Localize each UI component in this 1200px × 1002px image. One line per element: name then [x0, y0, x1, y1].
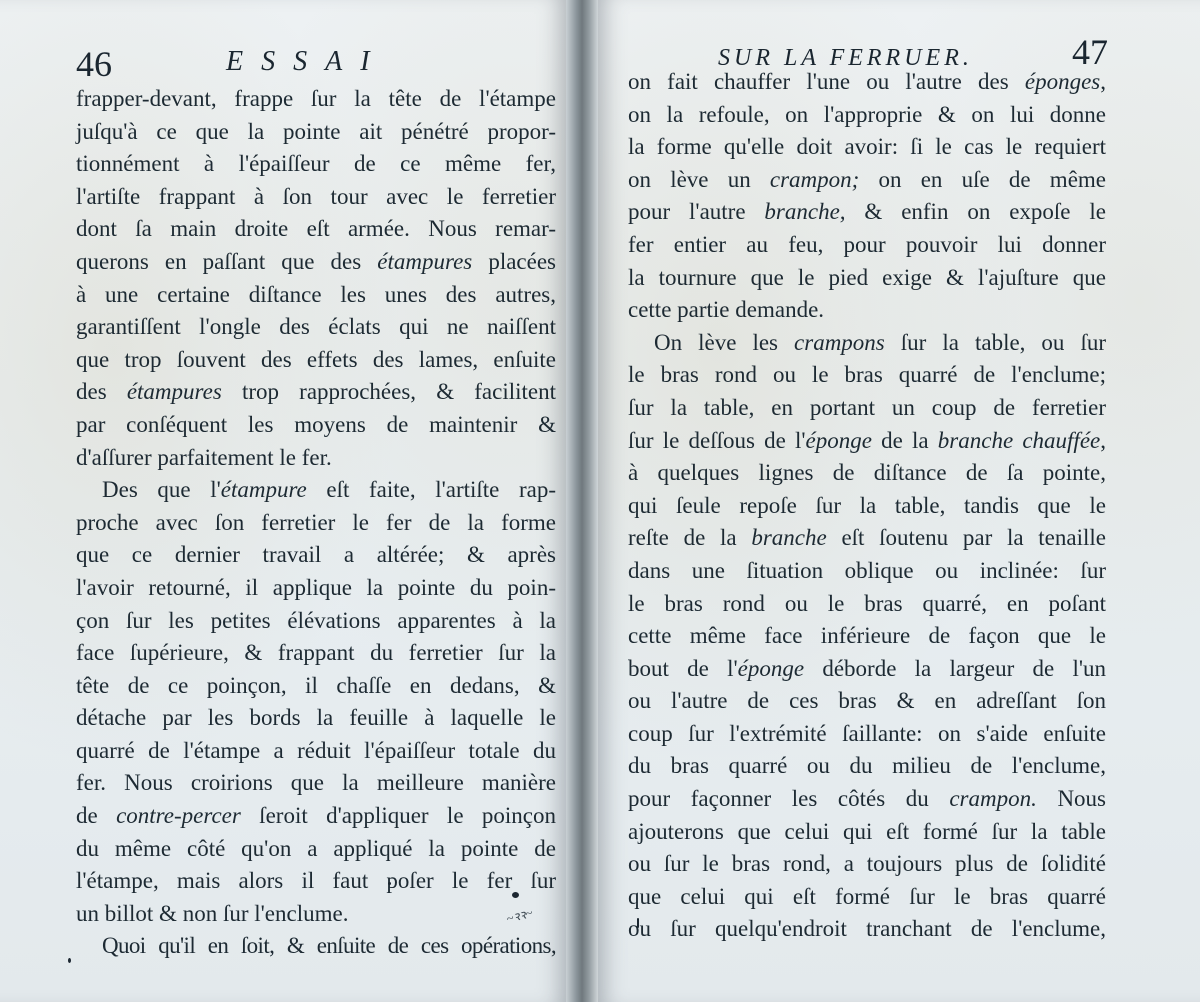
italic-term: éponge	[806, 428, 872, 453]
italic-term: étampures	[377, 249, 472, 274]
text-fragment: bout de l'	[628, 656, 738, 681]
text-line: ou ſur le bras rond, a toujours plus de …	[628, 848, 1106, 881]
text-line: l'étampe, mais alors il faut poſer le fe…	[76, 865, 556, 898]
text-line: ſur la table, en portant un coup de ferr…	[628, 392, 1106, 425]
text-line: Quoi qu'il en ſoit, & enſuite de ces opé…	[76, 930, 556, 963]
right-page-body: on fait chauffer l'une ou l'autre des ép…	[628, 66, 1106, 946]
text-line: détache par les bords la feuille à laque…	[76, 702, 556, 735]
text-line: çon ſur les petites élévations apparente…	[76, 605, 556, 638]
text-fragment: ſur le deſſous de l'	[628, 428, 806, 453]
text-line: d'aſſurer parfaitement le fer.	[76, 442, 556, 475]
text-line: le bras rond ou le bras quarré, en poſan…	[628, 588, 1106, 621]
text-line: coup ſur l'extrémité ſaillante: on s'aid…	[628, 718, 1106, 751]
text-line: des étampures trop rapprochées, & facili…	[76, 376, 556, 409]
ink-speck	[68, 958, 71, 963]
text-line: querons en paſſant que des étampures pla…	[76, 246, 556, 279]
text-fragment: ,	[1100, 69, 1106, 94]
text-line: la tournure que le pied exige & l'ajuſtu…	[628, 262, 1106, 295]
ink-speck	[637, 918, 639, 928]
ink-dot	[512, 892, 519, 898]
text-line: on la refoule, on l'approprie & on lui d…	[628, 99, 1106, 132]
left-page-header: 46 ESSAI	[76, 42, 556, 82]
text-fragment: On lève les	[654, 330, 794, 355]
text-line: tête de ce poinçon, il chaſſe en dedans,…	[76, 670, 556, 703]
left-page-body: frapper-devant, frappe ſur la tête de l'…	[76, 83, 556, 963]
italic-term: branche chauffée	[938, 428, 1100, 453]
text-line: cette partie demande.	[628, 294, 1106, 327]
text-line: cette même face inférieure de façon que …	[628, 620, 1106, 653]
text-line: ajouterons que celui qui eſt formé ſur l…	[628, 816, 1106, 849]
italic-term: éponges	[1025, 69, 1100, 94]
ink-speck	[388, 882, 391, 885]
italic-term: éponge	[738, 656, 804, 681]
text-line: par conſéquent les moyens de maintenir &	[76, 409, 556, 442]
left-page: 46 ESSAI frapper-devant, frappe ſur la t…	[0, 0, 566, 1002]
text-line: du bras quarré ou du milieu de l'enclume…	[628, 750, 1106, 783]
text-line: fer. Nous croirions que la meilleure man…	[76, 767, 556, 800]
text-line: à une certaine diſtance les unes des aut…	[76, 279, 556, 312]
text-line: pour façonner les côtés du crampon. Nous	[628, 783, 1106, 816]
text-fragment: reſte de la	[628, 525, 751, 550]
text-line: que ce dernier travail a altérée; & aprè…	[76, 539, 556, 572]
text-line: reſte de la branche eſt ſoutenu par la t…	[628, 522, 1106, 555]
text-line: à quelques lignes de diſtance de ſa poin…	[628, 457, 1106, 490]
right-page: SUR LA FERRUER. 47 on fait chauffer l'un…	[598, 0, 1200, 1002]
text-line: on lève un crampon; on en uſe de même	[628, 164, 1106, 197]
italic-term: crampon.	[949, 786, 1037, 811]
text-fragment: ſeroit d'appliquer le poinçon	[241, 803, 556, 828]
text-fragment: eſt ſoutenu par la tenaille	[827, 525, 1106, 550]
text-fragment: ſur la table, ou ſur	[885, 330, 1106, 355]
text-line: ſur le deſſous de l'éponge de la branche…	[628, 425, 1106, 458]
book-spread: 46 ESSAI frapper-devant, frappe ſur la t…	[0, 0, 1200, 1002]
text-line: dans une ſituation oblique ou inclinée: …	[628, 555, 1106, 588]
text-line: frapper-devant, frappe ſur la tête de l'…	[76, 83, 556, 116]
text-line: fer entier au feu, pour pouvoir lui donn…	[628, 229, 1106, 262]
text-line: la forme qu'elle doit avoir: ſi le cas l…	[628, 131, 1106, 164]
text-fragment: eſt faite, l'artiſte rap-	[307, 477, 556, 502]
text-fragment: de	[76, 803, 116, 828]
text-line: l'artiſte frappant à ſon tour avec le fe…	[76, 181, 556, 214]
text-line: ou l'autre de ces bras & en adreſſant ſo…	[628, 685, 1106, 718]
italic-term: branche	[751, 525, 826, 550]
italic-term: étampure	[221, 477, 307, 502]
text-fragment: Des que l'	[102, 477, 221, 502]
text-line: dont ſa main droite eſt armée. Nous rema…	[76, 213, 556, 246]
text-fragment: placées	[472, 249, 556, 274]
page-number: 46	[76, 44, 112, 84]
text-line: un billot & non ſur l'enclume.	[76, 898, 556, 931]
text-line: l'avoir retourné, il applique la pointe …	[76, 572, 556, 605]
text-fragment: ,	[1100, 428, 1106, 453]
text-fragment: trop rapprochées, & facilitent	[222, 379, 556, 404]
text-fragment: on fait chauffer l'une ou l'autre des	[628, 69, 1025, 94]
text-fragment: déborde la largeur de l'un	[804, 656, 1106, 681]
text-line: on fait chauffer l'une ou l'autre des ép…	[628, 66, 1106, 99]
text-line: que trop ſouvent des effets des lames, e…	[76, 344, 556, 377]
text-line: bout de l'éponge déborde la largeur de l…	[628, 653, 1106, 686]
text-line: On lève les crampons ſur la table, ou ſu…	[628, 327, 1106, 360]
text-line: ou ſur quelqu'endroit tranchant de l'enc…	[628, 913, 1106, 946]
italic-term: crampons	[794, 330, 885, 355]
text-fragment: & enfin on expoſe le	[846, 199, 1106, 224]
text-line: quarré de l'étampe a réduit l'épaiſſeur …	[76, 735, 556, 768]
text-line: tionnément à l'épaiſſeur de ce même fer,	[76, 148, 556, 181]
text-fragment: de la	[872, 428, 938, 453]
italic-term: étampures	[127, 379, 222, 404]
text-line: que celui qui eſt formé ſur le bras quar…	[628, 881, 1106, 914]
text-line: du même côté qu'on a appliqué la pointe …	[76, 833, 556, 866]
text-fragment: on en uſe de même	[859, 167, 1106, 192]
italic-term: branche,	[764, 199, 845, 224]
running-head: ESSAI	[226, 42, 388, 82]
text-line: proche avec ſon ferretier le fer de la f…	[76, 507, 556, 540]
text-line: le bras rond ou le bras quarré de l'encl…	[628, 359, 1106, 392]
text-fragment: pour façonner les côtés du	[628, 786, 949, 811]
text-fragment: on lève un	[628, 167, 770, 192]
text-line: qui ſeule repoſe ſur la table, tandis qu…	[628, 490, 1106, 523]
book-gutter	[566, 0, 598, 1002]
italic-term: contre-percer	[116, 803, 241, 828]
italic-term: crampon;	[770, 167, 859, 192]
text-line: pour l'autre branche, & enfin on expoſe …	[628, 196, 1106, 229]
text-line: juſqu'à ce que la pointe ait pénétré pro…	[76, 116, 556, 149]
text-fragment: querons en paſſant que des	[76, 249, 377, 274]
text-line: garantiſſent l'ongle des éclats qui ne n…	[76, 311, 556, 344]
text-line: Des que l'étampure eſt faite, l'artiſte …	[76, 474, 556, 507]
text-line: face ſupérieure, & frappant du ferretier…	[76, 637, 556, 670]
text-fragment: des	[76, 379, 127, 404]
text-line: de contre-percer ſeroit d'appliquer le p…	[76, 800, 556, 833]
text-fragment: pour l'autre	[628, 199, 764, 224]
text-fragment: Nous	[1037, 786, 1106, 811]
